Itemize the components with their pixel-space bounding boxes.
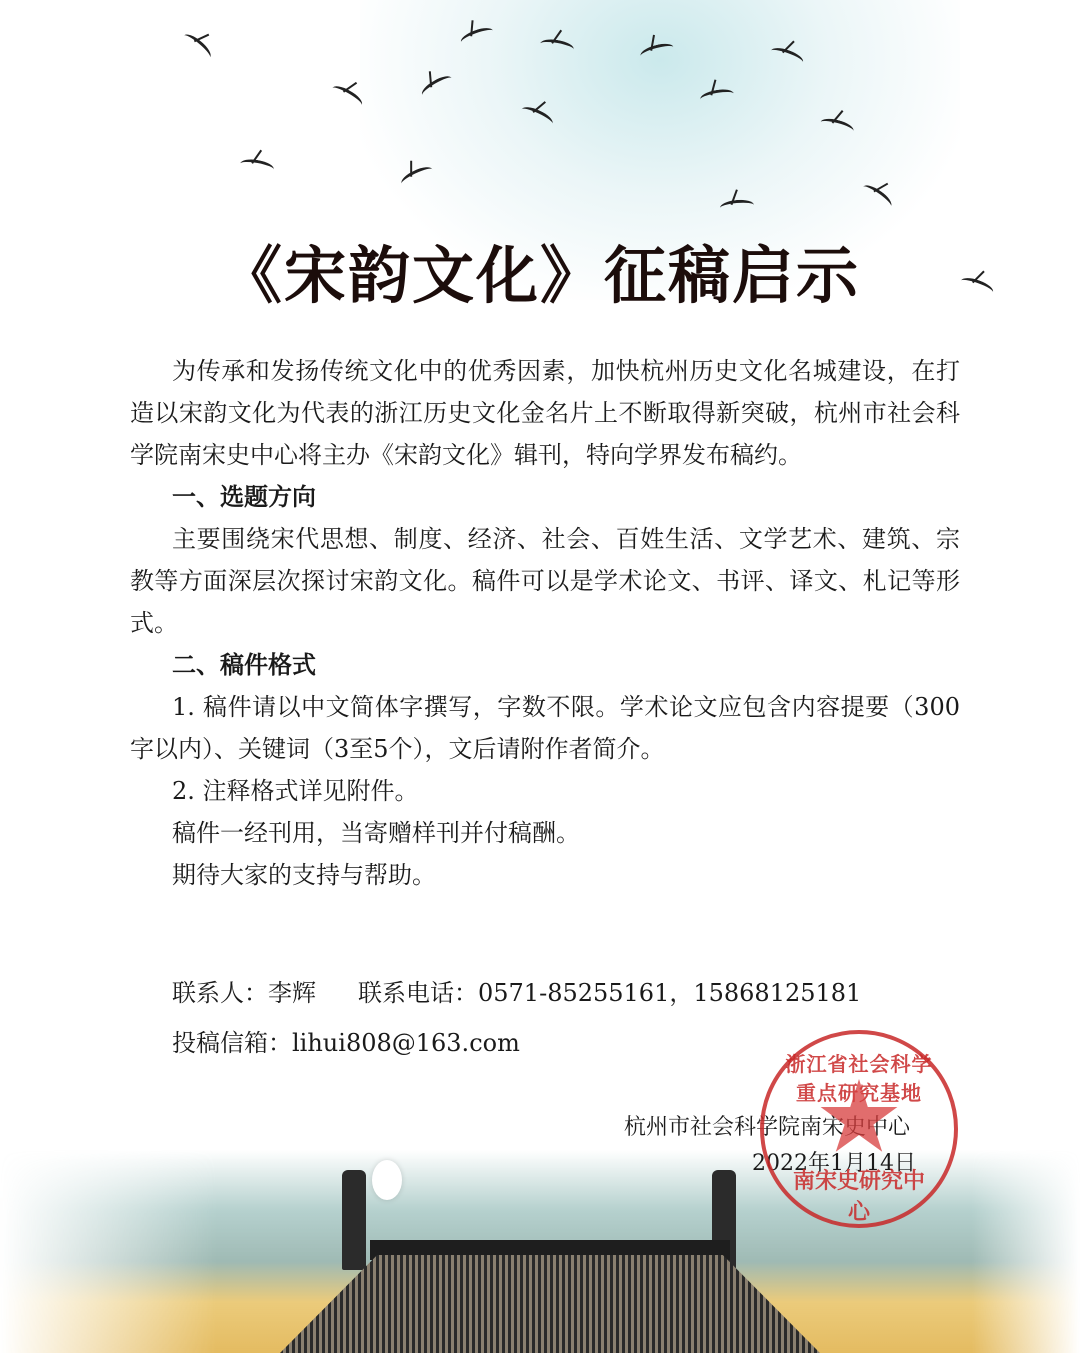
section-heading-format: 二、稿件格式	[130, 644, 960, 686]
contact-phone-label: 联系电话：	[358, 979, 478, 1007]
closing-line-2: 期待大家的支持与帮助。	[130, 854, 960, 896]
page-title: 《宋韵文化》征稿启示	[0, 226, 1080, 315]
official-seal: 浙江省社会科学重点研究基地 南宋史研究中心	[760, 1030, 958, 1228]
format-item-1: 1. 稿件请以中文简体字撰写，字数不限。学术论文应包含内容提要（300字以内）、…	[130, 686, 960, 770]
contact-line-2: 投稿信箱：lihui808@163.com	[172, 1018, 861, 1068]
contact-email-label: 投稿信箱：	[172, 1029, 292, 1057]
roof-finial-left	[342, 1170, 366, 1270]
topics-paragraph: 主要围绕宋代思想、制度、经济、社会、百姓生活、文学艺术、建筑、宗教等方面深层次探…	[130, 518, 960, 644]
section-heading-topics: 一、选题方向	[130, 476, 960, 518]
crane-icon	[239, 157, 275, 176]
notice-body: 为传承和发扬传统文化中的优秀因素，加快杭州历史文化名城建设，在打造以宋韵文化为代…	[130, 350, 960, 896]
contact-block: 联系人：李辉联系电话：0571-85255161，15868125181 投稿信…	[172, 968, 861, 1068]
perched-crane-icon	[372, 1160, 402, 1200]
closing-line-1: 稿件一经刊用，当寄赠样刊并付稿酬。	[130, 812, 960, 854]
intro-paragraph: 为传承和发扬传统文化中的优秀因素，加快杭州历史文化名城建设，在打造以宋韵文化为代…	[130, 350, 960, 476]
format-item-2: 2. 注释格式详见附件。	[130, 770, 960, 812]
seal-bottom-text: 南宋史研究中心	[784, 1164, 934, 1226]
contact-line-1: 联系人：李辉联系电话：0571-85255161，15868125181	[172, 968, 861, 1018]
contact-person: 李辉	[268, 979, 316, 1007]
contact-phone: 0571-85255161，15868125181	[478, 979, 861, 1007]
contact-person-label: 联系人：	[172, 979, 268, 1007]
crane-icon	[180, 31, 214, 63]
contact-email[interactable]: lihui808@163.com	[292, 1029, 520, 1057]
